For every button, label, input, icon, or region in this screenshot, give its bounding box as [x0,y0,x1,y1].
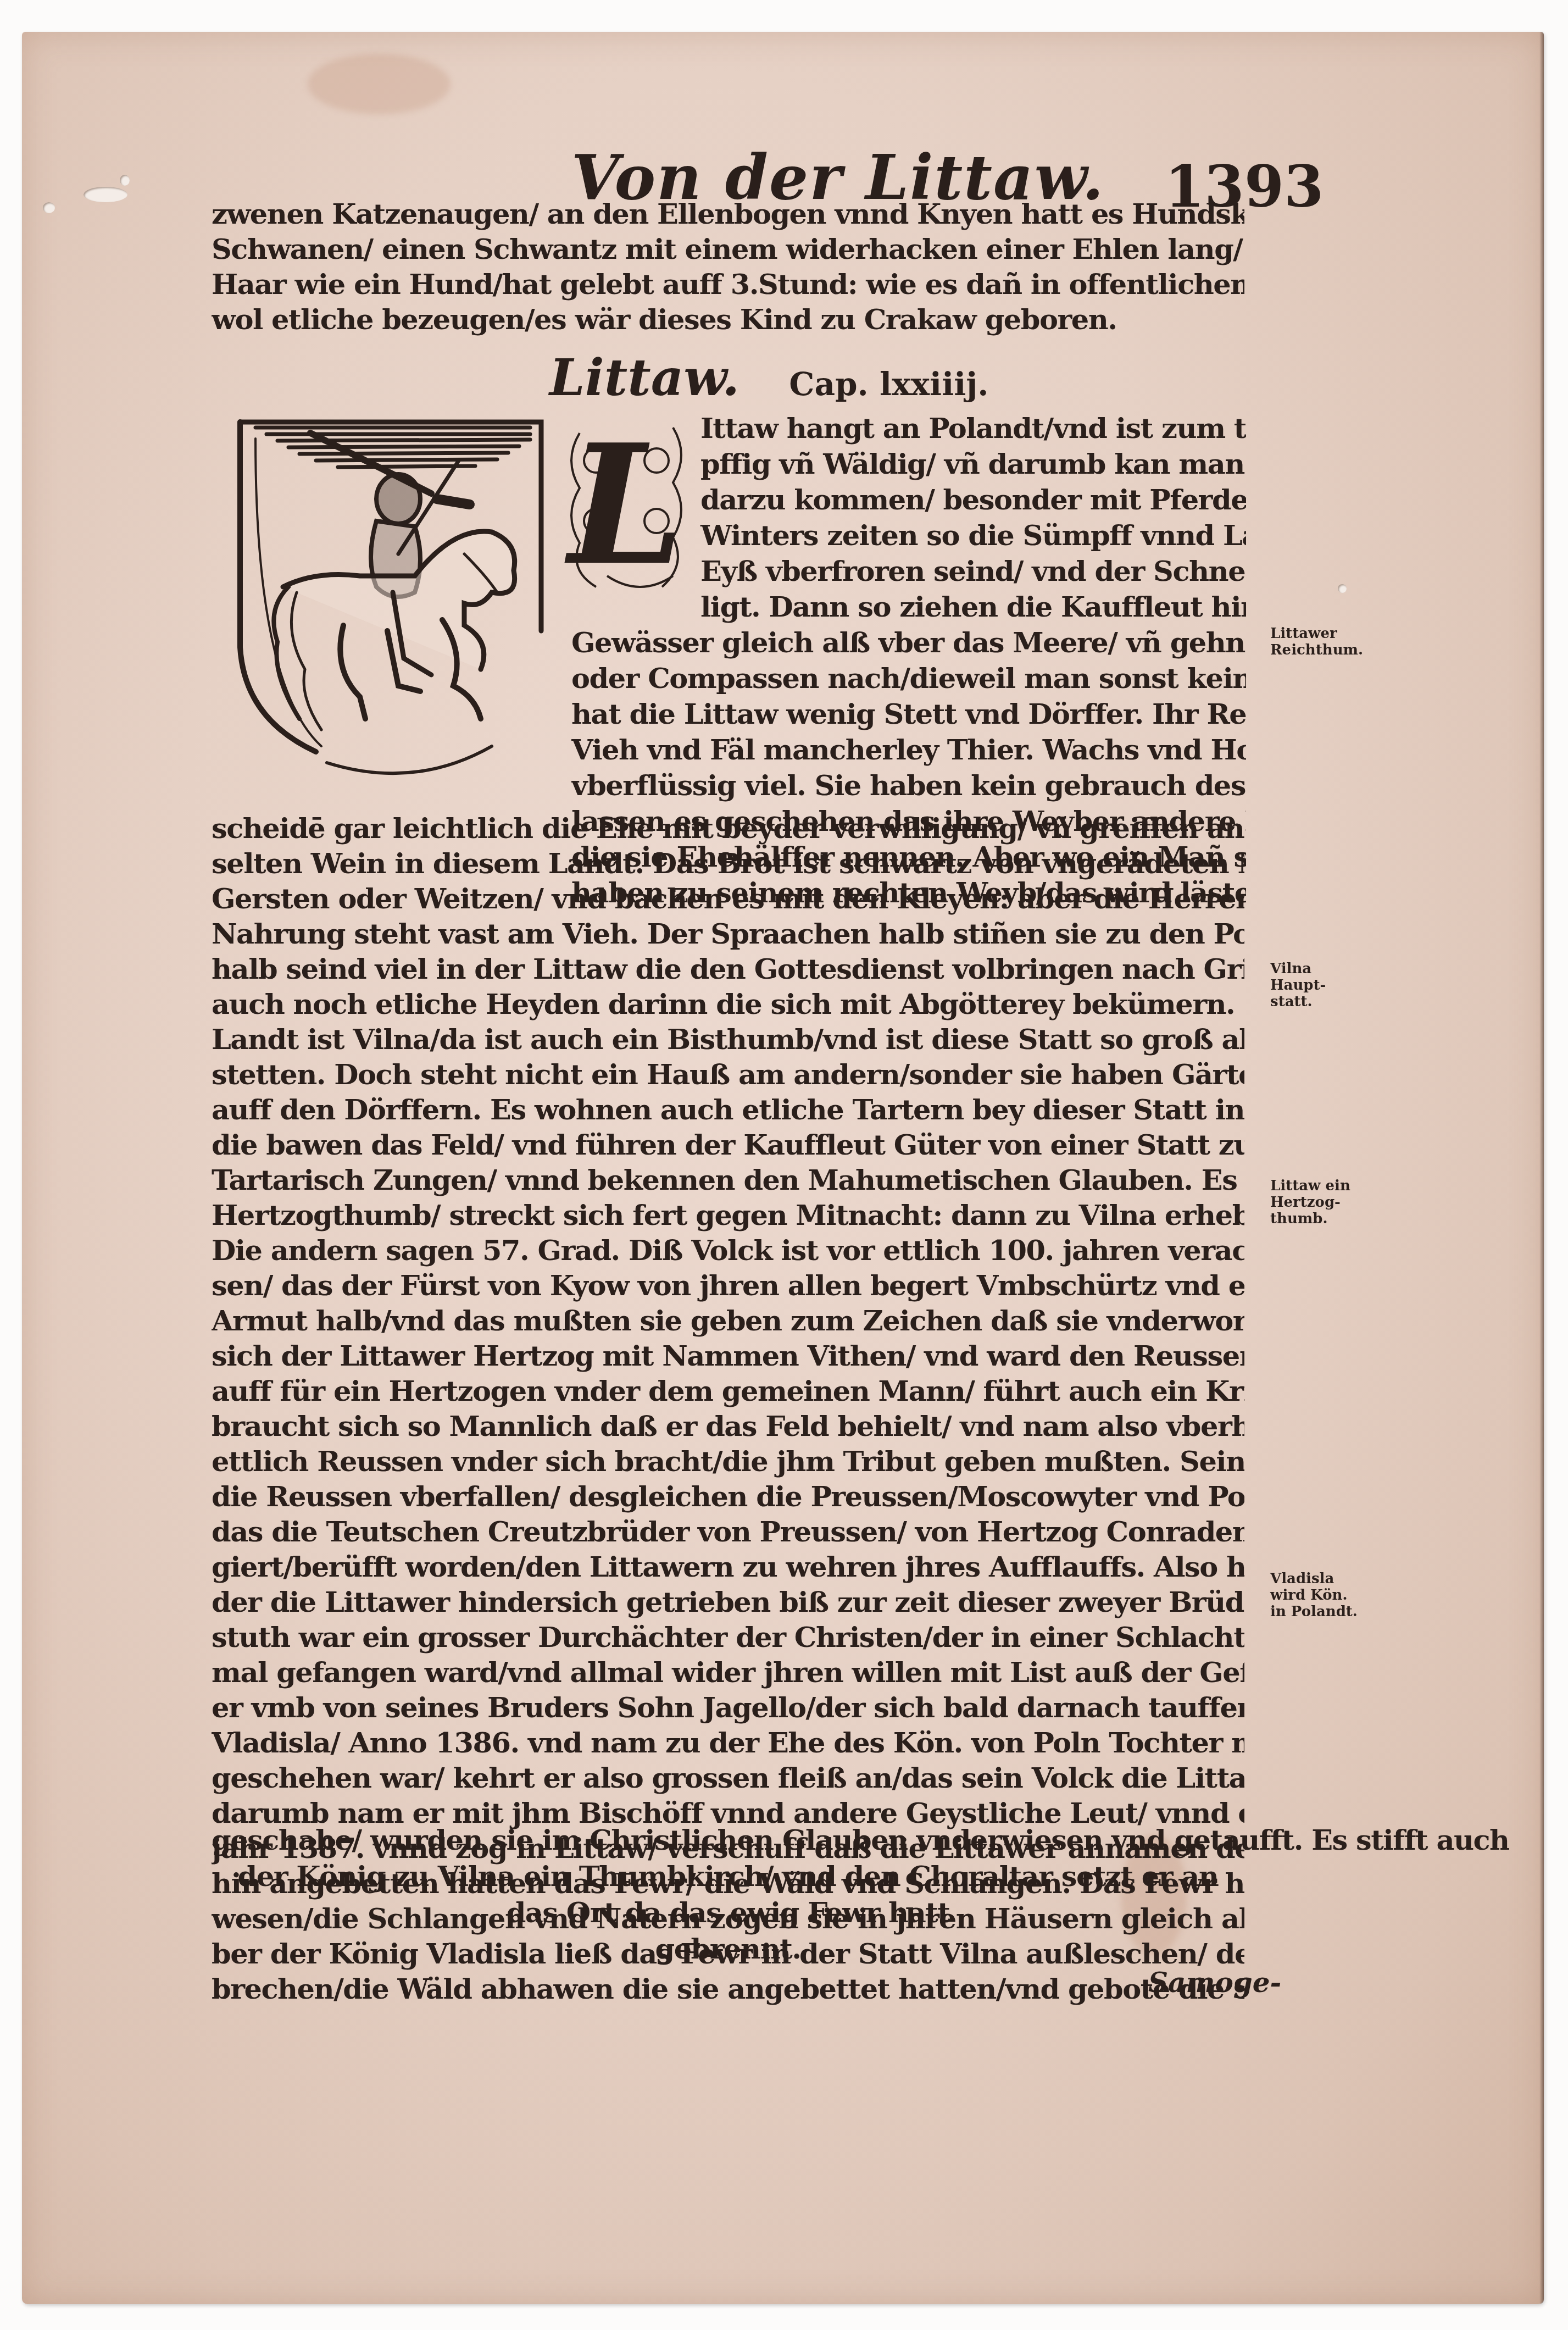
text-line: Hertzogthumb/ streckt sich fert gegen Mi… [212,1198,1244,1233]
text-line: das die Teutschen Creutzbrüder von Preus… [212,1514,1244,1550]
text-line: geschahe/ wurden sie im Christlichen Gla… [212,1822,1244,1859]
text-line: Haar wie ein Hund/hat gelebt auff 3.Stun… [212,267,1244,302]
text-line: Winters zeiten so die Sümpff vnnd Lachen… [571,518,1246,554]
text-line: hat die Littaw wenig Stett vnd Dörffer. … [571,697,1246,733]
text-line: pffig vñ Wäldig/ vñ darumb kan man nicht… [571,447,1246,482]
marginal-line: Haupt- [1270,977,1326,994]
marginal-line: statt. [1270,994,1326,1010]
chapter-title: Littaw. [549,348,739,407]
text-line: mal gefangen ward/vnd allmal wider jhren… [212,1655,1244,1690]
text-line: darzu kommen/ besonder mit Pferden/ dann… [571,482,1246,518]
text-line: der König zu Vilna ein Thumbkirch/ vnd d… [212,1859,1244,1895]
wormhole [43,202,55,213]
text-line: gebrennt. [212,1931,1244,1967]
knight-on-horse-icon [233,411,552,790]
marginal-line: Reichthum. [1270,642,1363,658]
text-line: Nahrung steht vast am Vieh. Der Spraache… [212,917,1244,952]
chapter-heading: Littaw. Cap. lxxiiij. [549,348,988,407]
text-line: auff für ein Hertzogen vnder dem gemeine… [212,1374,1244,1409]
text-line: brechen/die Wäld abhawen die sie angebet… [212,1972,1244,2007]
text-line: die bawen das Feld/ vnd führen der Kauff… [212,1128,1244,1163]
text-line: selten Wein in diesem Landt. Das Brot is… [212,846,1244,881]
marginal-line: Vladisla [1270,1571,1358,1587]
book-page: Von der Littaw. 1393 zwenen Katzenaugen/… [22,32,1544,2304]
text-line: scheidē gar leichtlich die Ehe mit beyde… [212,811,1244,846]
text-line: Schwanen/ einen Schwantz mit einem wider… [212,232,1244,267]
marginal-line: Littaw ein [1270,1178,1350,1194]
marginal-line: thumb. [1270,1211,1350,1227]
text-line: ettlich Reussen vnder sich bracht/die jh… [212,1444,1244,1479]
text-line: Vladisla/ Anno 1386. vnd nam zu der Ehe … [212,1726,1244,1761]
text-line: Ittaw hangt an Polandt/vnd ist zum theil… [571,411,1246,447]
marginal-note: Vilna Haupt- statt. [1270,961,1326,1010]
text-line: halb seind viel in der Littaw die den Go… [212,952,1244,987]
text-line: oder Compassen nach/dieweil man sonst ke… [571,661,1246,697]
text-line: ligt. Dann so ziehen die Kauffleut hinüb… [571,590,1246,625]
text-line: die Reussen vberfallen/ desgleichen die … [212,1479,1244,1514]
text-line: Tartarisch Zungen/ vnnd bekennen den Mah… [212,1163,1244,1198]
text-line: stuth war ein grosser Durchächter der Ch… [212,1620,1244,1655]
closing-tailpiece: geschahe/ wurden sie im Christlichen Gla… [212,1822,1244,1967]
text-line: sich der Littawer Hertzog mit Nammen Vit… [212,1339,1244,1374]
text-line: geschehen war/ kehrt er also grossen fle… [212,1761,1244,1796]
text-line: Gewässer gleich alß vber das Meere/ vñ g… [571,625,1246,661]
text-line: auch noch etliche Heyden darinn die sich… [212,987,1244,1022]
text-line: der die Littawer hindersich getrieben bi… [212,1585,1244,1620]
text-line: das Ort da das ewig Fewr hatt [212,1895,1244,1931]
marginal-line: Hertzog- [1270,1194,1350,1211]
marginal-note: Vladisla wird Kön. in Polandt. [1270,1571,1358,1620]
wormhole [1338,584,1347,593]
marginal-note: Littaw ein Hertzog- thumb. [1270,1178,1350,1227]
top-paragraph: zwenen Katzenaugen/ an den Ellenbogen vn… [212,197,1244,337]
text-line: zwenen Katzenaugen/ an den Ellenbogen vn… [212,197,1244,232]
marginal-note: Littawer Reichthum. [1270,625,1363,658]
text-line: Landt ist Vilna/da ist auch ein Bisthumb… [212,1022,1244,1057]
wormhole [84,187,127,202]
wormhole [120,175,130,186]
chapter-number: Cap. lxxiiij. [789,365,988,403]
marginal-line: Littawer [1270,625,1363,642]
catchword: Samoge- [1148,1966,1281,1999]
text-line: braucht sich so Mannlich daß er das Feld… [212,1409,1244,1444]
coat-of-arms-woodcut [233,411,552,790]
text-line: vberflüssig viel. Sie haben kein gebrauc… [571,768,1246,804]
text-line: wol etliche bezeugen/es wär dieses Kind … [212,302,1244,337]
text-line: er vmb von seines Bruders Sohn Jagello/d… [212,1690,1244,1726]
text-line: auff den Dörffern. Es wohnen auch etlich… [212,1092,1244,1128]
marginal-line: wird Kön. [1270,1587,1358,1604]
text-line: Eyß vberfroren seind/ vnd der Schnee im … [571,554,1246,590]
paper-stain [308,54,451,114]
marginal-line: Vilna [1270,961,1326,977]
text-line: Vieh vnd Fäl mancherley Thier. Wachs vnd… [571,733,1246,768]
text-line: giert/berüfft worden/den Littawern zu we… [212,1550,1244,1585]
text-line: Armut halb/vnd das mußten sie geben zum … [212,1303,1244,1339]
text-line: Gersten oder Weitzen/ vnd bachen es mit … [212,881,1244,917]
text-line: sen/ das der Fürst von Kyow von jhren al… [212,1268,1244,1303]
text-line: Die andern sagen 57. Grad. Diß Volck ist… [212,1233,1244,1268]
marginal-line: in Polandt. [1270,1604,1358,1620]
text-line: stetten. Doch steht nicht ein Hauß am an… [212,1057,1244,1092]
